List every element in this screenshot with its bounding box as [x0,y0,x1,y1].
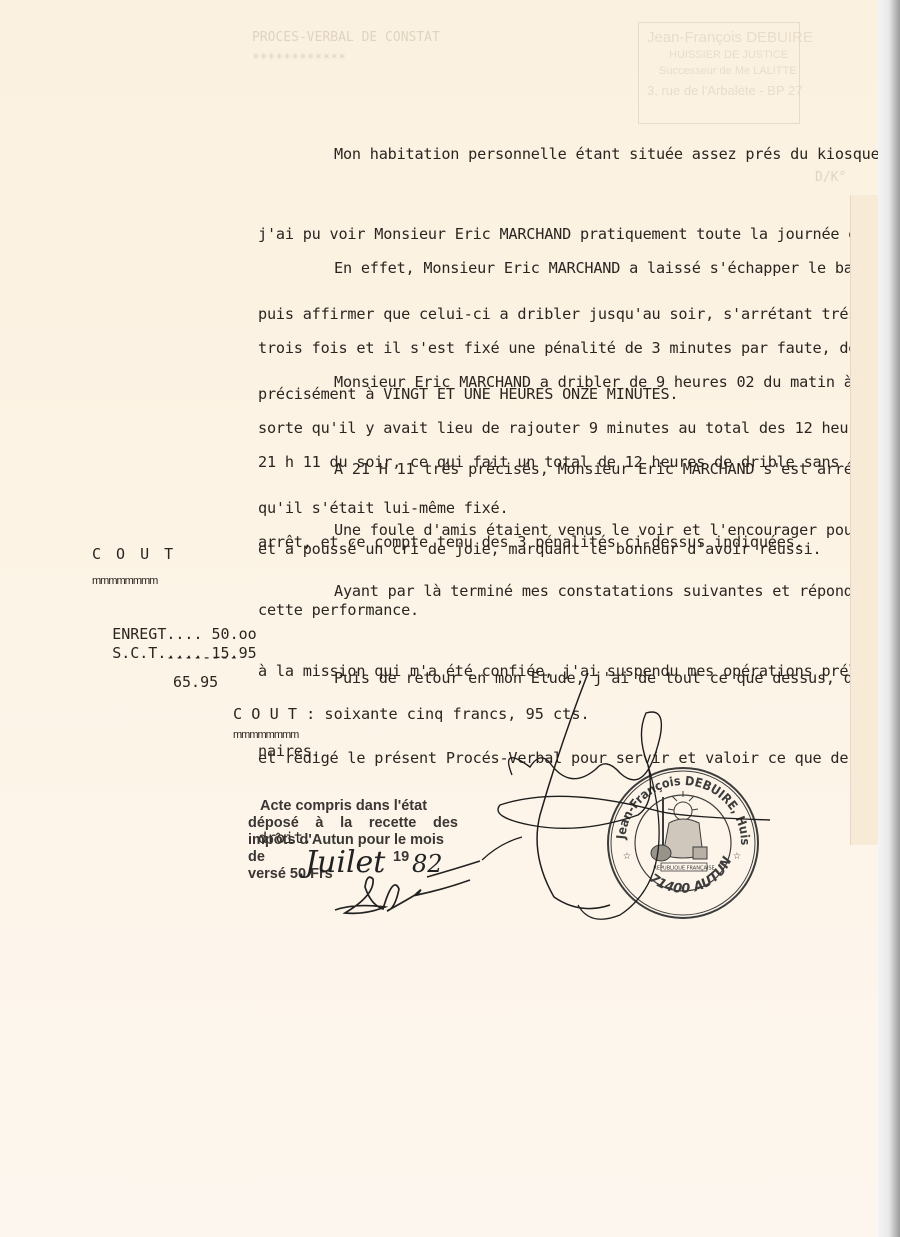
underlying-sheet-edge [850,195,881,845]
text-line: Monsieur Eric MARCHAND a dribler de 9 he… [334,373,853,391]
ghost-stamp-line: Successeur de Me LALITTE [659,65,797,77]
text-line: Mon habitation personnelle étant située … [334,145,889,163]
ghost-stamp-line: HUISSIER DE JUSTICE [669,49,788,61]
stamp-word: déposé [248,815,299,832]
ghost-stamp-line: Jean-François DEBUIRE [647,29,813,46]
scanner-edge [878,0,900,1237]
huissier-signature [470,665,730,925]
ghost-header-title: PROCES-VERBAL DE CONSTAT [252,30,440,45]
stamp-word: à [315,815,323,832]
svg-text:☆: ☆ [733,848,741,863]
stamp-de: de [248,849,265,865]
stamp-year-printed: 19 [393,849,409,866]
stamp-word: des [433,815,458,832]
document-page: PROCES-VERBAL DE CONSTAT ************ Je… [0,0,878,1237]
cout-underline: mmmmmmmm [233,729,298,741]
text-line: En effet, Monsieur Eric MARCHAND a laiss… [334,259,889,277]
stamp-word: recette [369,815,417,832]
cost-total: 65.95 [173,673,218,692]
text-line: Ayant par là terminé mes constatations s… [334,582,862,600]
stamp-word: la [340,815,352,832]
cost-underline: mmmmmmmm [92,572,157,591]
tax-officer-signature [325,865,475,925]
cost-title: C O U T [92,545,176,564]
ghost-header-stars: ************ [252,52,346,67]
stamp-line: déposé à la recette des [248,815,458,832]
stamp-line: Acte compris dans l'état [248,798,458,815]
cost-separator: -------- [166,648,238,667]
